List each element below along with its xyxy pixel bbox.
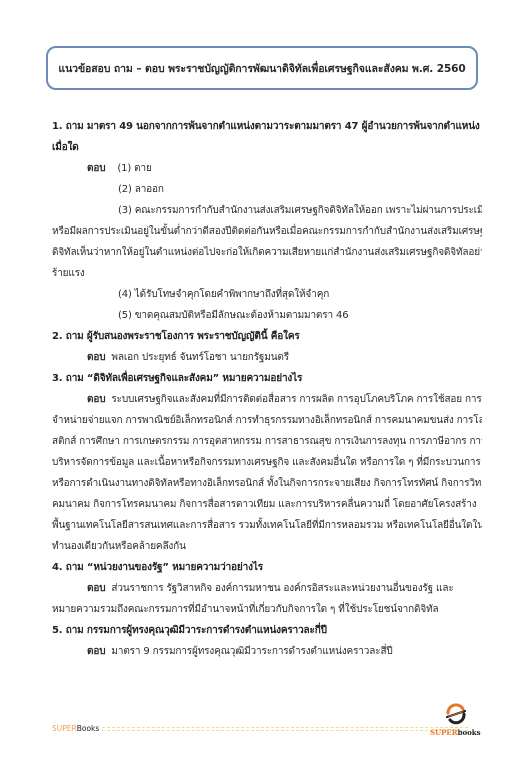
question-1-line-2: เมื่อใด xyxy=(52,137,482,158)
answer-label: ตอบ xyxy=(87,352,105,363)
answer-1-item-2: (2) ลาออก xyxy=(52,179,482,200)
brand-super-text: SUPER xyxy=(52,724,77,733)
page-title: แนวข้อสอบ ถาม – ตอบ พระราชบัญญัติการพัฒน… xyxy=(58,60,465,77)
superbooks-logo: SUPERbooks xyxy=(430,702,482,742)
answer-3-line-5: หรือการดำเนินงานทางดิจิทัลหรือทางอิเล็กท… xyxy=(52,473,482,494)
answer-label: ตอบ xyxy=(87,163,105,174)
brand-books-text: Books xyxy=(77,724,100,733)
answer-text: (1) ตาย xyxy=(117,163,151,174)
logo-super-text: SUPER xyxy=(430,728,458,737)
question-4: 4. ถาม “หน่วยงานของรัฐ” หมายความว่าอย่าง… xyxy=(52,557,482,578)
answer-3-line-2: จำหน่ายจ่ายแจก การพาณิชย์อิเล็กทรอนิกส์ … xyxy=(52,410,482,431)
answer-3-line-7: พื้นฐานเทคโนโลยีสารสนเทศและการสื่อสาร รว… xyxy=(52,515,482,536)
logo-wordmark: SUPERbooks xyxy=(430,728,481,737)
logo-books-text: books xyxy=(458,728,481,737)
answer-1-item-3-line-2: หรือมีผลการประเมินอยู่ในขั้นต่ำกว่าดีสอง… xyxy=(52,221,482,242)
question-3: 3. ถาม “ดิจิทัลเพื่อเศรษฐกิจและสังคม” หม… xyxy=(52,368,482,389)
question-1-line-1: 1. ถาม มาตรา 49 นอกจากการพ้นจากตำแหน่งตา… xyxy=(52,116,482,137)
title-box: แนวข้อสอบ ถาม – ตอบ พระราชบัญญัติการพัฒน… xyxy=(46,46,478,90)
answer-text: ระบบเศรษฐกิจและสังคมที่มีการติดต่อสื่อสา… xyxy=(111,394,481,405)
answer-text: ส่วนราชการ รัฐวิสาหกิจ องค์การมหาชน องค์… xyxy=(111,583,453,594)
answer-label: ตอบ xyxy=(87,394,105,405)
answer-4-line-2: หมายความรวมถึงคณะกรรมการที่มีอำนาจหน้าที… xyxy=(52,599,482,620)
logo-swoosh-icon xyxy=(444,702,468,726)
answer-2: ตอบพลเอก ประยุทธ์ จันทร์โอชา นายกรัฐมนตร… xyxy=(52,347,482,368)
answer-label: ตอบ xyxy=(87,646,105,657)
answer-1-item-1: ตอบ(1) ตาย xyxy=(52,158,482,179)
qa-content: 1. ถาม มาตรา 49 นอกจากการพ้นจากตำแหน่งตา… xyxy=(52,116,482,662)
question-5: 5. ถาม กรรมการผู้ทรงคุณวุฒิมีวาระการดำรง… xyxy=(52,620,482,641)
answer-3-line-8: ทำนองเดียวกันหรือคล้ายคลึงกัน xyxy=(52,536,482,557)
answer-1-item-3-line-4: ร้ายแรง xyxy=(52,263,482,284)
answer-label: ตอบ xyxy=(87,583,105,594)
answer-4-line-1: ตอบส่วนราชการ รัฐวิสาหกิจ องค์การมหาชน อ… xyxy=(52,578,482,599)
question-2: 2. ถาม ผู้รับสนองพระราชโองการ พระราชบัญญ… xyxy=(52,326,482,347)
answer-1-item-4: (4) ได้รับโทษจำคุกโดยคำพิพากษาถึงที่สุดใ… xyxy=(52,284,482,305)
answer-5: ตอบมาตรา 9 กรรมการผู้ทรงคุณวุฒิมีวาระการ… xyxy=(52,641,482,662)
footer-divider xyxy=(102,727,468,731)
answer-text: มาตรา 9 กรรมการผู้ทรงคุณวุฒิมีวาระการดำร… xyxy=(111,646,392,657)
answer-1-item-5: (5) ขาดคุณสมบัติหรือมีลักษณะต้องห้ามตามม… xyxy=(52,305,482,326)
answer-text: พลเอก ประยุทธ์ จันทร์โอชา นายกรัฐมนตรี xyxy=(111,352,289,363)
answer-3-line-6: คมนาคม กิจการโทรคมนาคม กิจการสื่อสารดาวเ… xyxy=(52,494,482,515)
answer-3-line-3: สติกส์ การศึกษา การเกษตรกรรม การอุตสาหกร… xyxy=(52,431,482,452)
answer-1-item-3-line-1: (3) คณะกรรมการกำกับสำนักงานส่งเสริมเศรษฐ… xyxy=(52,200,482,221)
answer-1-item-3-line-3: ดิจิทัลเห็นว่าหากให้อยู่ในตำแหน่งต่อไปจะ… xyxy=(52,242,482,263)
footer-brand: SUPERBooks xyxy=(52,724,468,733)
answer-3-line-4: บริหารจัดการข้อมูล และเนื้อหาหรือกิจกรรม… xyxy=(52,452,482,473)
answer-3-line-1: ตอบระบบเศรษฐกิจและสังคมที่มีการติดต่อสื่… xyxy=(52,389,482,410)
